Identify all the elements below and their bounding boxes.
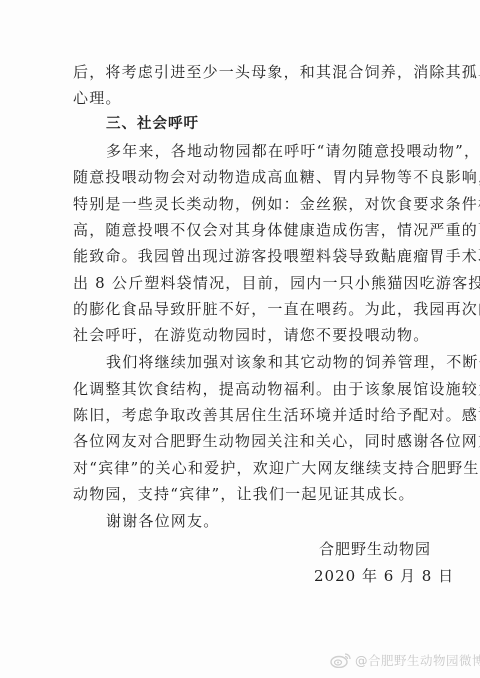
text-line: 动物园，支持“宾律”，让我们一起见证其成长。 (73, 484, 409, 504)
text-line: 化调整其饮食结构，提高动物福利。由于该象展馆设施较为 (73, 379, 409, 399)
signature-org: 合肥野生动物园 (319, 539, 431, 559)
signature-date: 2020 年 6 月 8 日 (314, 566, 454, 586)
text-line: 随意投喂动物会对动物造成高血糖、胃内异物等不良影响， (73, 167, 409, 187)
weibo-watermark: @合肥野生动物园微博 (330, 651, 480, 669)
text-line: 各位网友对合肥野生动物园关注和关心，同时感谢各位网友 (73, 431, 409, 451)
thanks-line: 谢谢各位网友。 (106, 511, 442, 531)
text-line: 多年来，各地动物园都在呼吁“请勿随意投喂动物”， (106, 141, 409, 161)
text-line: 特别是一些灵长类动物，例如：金丝猴，对饮食要求条件极 (73, 194, 409, 214)
text-line: 出 8 公斤塑料袋情况，目前，园内一只小熊猫因吃游客投喂 (73, 273, 409, 293)
text-line: 后，将考虑引进至少一头母象，和其混合饲养，消除其孤单 (73, 62, 409, 82)
text-line: 心理。 (73, 88, 409, 108)
section-heading: 三、社会呼吁 (106, 114, 442, 134)
text-line: 的膨化食品导致肝脏不好，一直在喂药。为此，我园再次向 (73, 299, 409, 319)
watermark-text: @合肥野生动物园微博 (355, 651, 480, 669)
text-line: 对“宾律”的关心和爱护，欢迎广大网友继续支持合肥野生 (73, 458, 409, 478)
weibo-icon (330, 652, 352, 668)
text-line: 我们将继续加强对该象和其它动物的饲养管理，不断优 (106, 352, 409, 372)
text-line: 能致命。我园曾出现过游客投喂塑料袋导致黇鹿瘤胃手术取 (73, 246, 409, 266)
text-line: 陈旧，考虑争取改善其居住生活环境并适时给予配对。感谢 (73, 405, 409, 425)
document-page: 后，将考虑引进至少一头母象，和其混合饲养，消除其孤单 心理。 三、社会呼吁 多年… (0, 0, 480, 678)
text-line: 高，随意投喂不仅会对其身体健康造成伤害，情况严重的可 (73, 220, 409, 240)
text-line: 社会呼吁，在游览动物园时，请您不要投喂动物。 (73, 325, 409, 345)
